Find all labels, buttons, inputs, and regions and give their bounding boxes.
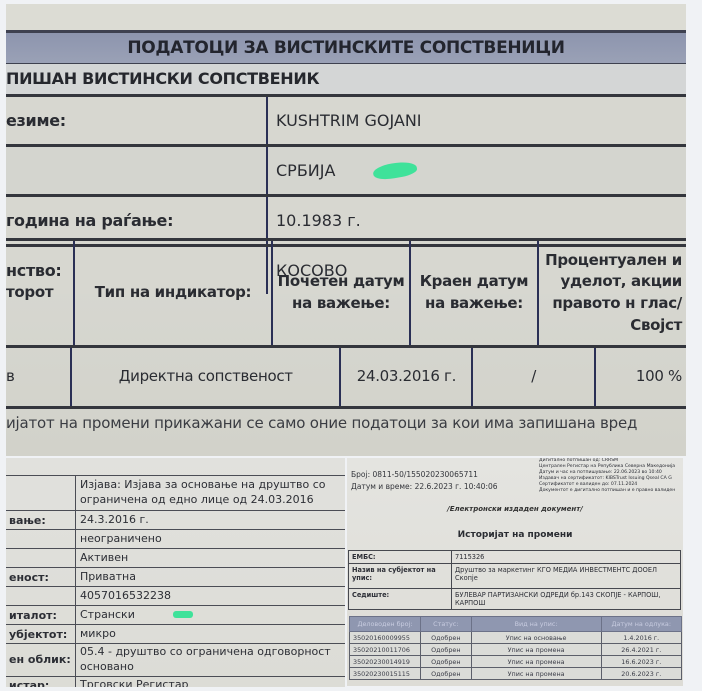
field-row: СРБИЈА [6,144,686,194]
beneficial-owner-document-photo: ПОДАТОЦИ ЗА ВИСТИНСКИТЕ СОПСТВЕНИЦИ ПИША… [6,4,686,456]
field-value: СРБИЈА [266,147,686,194]
row-label: убјектот: [6,625,76,644]
history-row: 35020230014919ОдобренУпис на промена16.6… [350,656,682,668]
header-cell: Почетен датум на важење: [273,241,411,345]
table-cell: Директна сопственост [72,348,341,406]
history-header-cell: Статус: [420,617,471,632]
subsection-title: ПИШАН ВИСТИНСКИ СОПСТВЕНИК [6,64,686,94]
row-label: еност: [6,568,76,587]
info-label: ЕМБС: [349,551,452,564]
info-label: Назив на субјектот на упис: [349,564,452,589]
table-row: в Директна сопственост 24.03.2016 г. / 1… [6,348,686,409]
signature-line: Документот е дигитално потпишан и е прав… [539,488,675,494]
redaction-mark [372,159,418,181]
row-label [6,549,76,568]
history-cell: Одобрен [420,668,471,680]
subject-info-table: ЕМБС:7115326Назив на субјектот на упис:Д… [348,550,681,610]
indicator-table-header: торот Тип на индикатор: Почетен датум на… [6,241,686,348]
history-header-cell: Вид на упис: [471,617,601,632]
header-cell: Тип на индикатор: [75,241,273,345]
row-value: Приватна [76,568,346,587]
change-history-document-photo: Број: 0811-50/155020230065711 Датум и вр… [347,458,683,686]
row-label: италот: [6,606,76,625]
table-row: 4057016532238 [6,587,345,606]
table-row: убјектот:микро [6,625,345,644]
row-value: микро [76,625,346,644]
history-cell: Одобрен [420,632,471,644]
history-cell: Упис на промена [471,668,601,680]
row-value: неограничено [76,530,346,549]
history-cell: 1.4.2016 г. [601,632,681,644]
row-value: Странски [76,606,346,625]
row-label [6,530,76,549]
history-cell: 35020210011706 [350,644,421,656]
row-value: Активен [76,549,346,568]
history-cell: 26.4.2021 г. [601,644,681,656]
row-label [6,476,76,511]
document-meta: Број: 0811-50/155020230065711 Датум и вр… [351,469,498,494]
history-cell: Одобрен [420,644,471,656]
field-label: езиме: [6,111,266,130]
electronic-document-note: /Електронски издаден документ/ [347,505,683,513]
info-row: Седиште:БУЛЕВАР ПАРТИЗАНСКИ ОДРЕДИ бр.14… [349,589,681,610]
row-value: 4057016532238 [76,587,346,606]
row-value: 05.4 - друштво со ограничена одговорност… [76,644,346,677]
field-label: година на раѓање: [6,211,266,230]
indicator-table: торот Тип на индикатор: Почетен датум на… [6,238,686,411]
section-title: ПОДАТОЦИ ЗА ВИСТИНСКИТЕ СОПСТВЕНИЦИ [6,30,686,66]
table-row: вање:24.3.2016 г. [6,511,345,530]
field-row: година на раѓање: 10.1983 г. [6,194,686,244]
change-history-table: Деловоден број:Статус:Вид на упис:Датум … [349,616,682,680]
table-row: еност:Приватна [6,568,345,587]
header-cell-text: Процентуален и уделот, акции правото н г… [542,250,682,337]
table-row: неограничено [6,530,345,549]
field-row: езиме: KUSHTRIM GOJANI [6,94,686,144]
info-row: ЕМБС:7115326 [349,551,681,564]
row-value-text: Странски [80,608,135,621]
history-header-cell: Деловоден број: [350,617,421,632]
document-datetime: 22.6.2023 г. 10:40:06 [415,482,498,491]
history-cell: 35020160009955 [350,632,421,644]
field-value: KUSHTRIM GOJANI [266,97,686,144]
header-cell: торот [6,241,75,345]
number-label: Број: [351,470,370,479]
history-cell: Одобрен [420,656,471,668]
history-row: 35020160009955ОдобренУпис на основање1.4… [350,632,682,644]
history-cell: Упис на промена [471,656,601,668]
info-row: Назив на субјектот на упис:Друштво за ма… [349,564,681,589]
company-details-document-photo: Изјава: Изјава за основање на друштво со… [6,458,345,687]
header-cell: Процентуален и уделот, акции правото н г… [539,241,686,345]
table-row: ен облик:05.4 - друштво со ограничена од… [6,644,345,677]
document-number: 0811-50/155020230065711 [373,470,478,479]
table-cell: 100 % [596,348,686,406]
table-cell: 24.03.2016 г. [341,348,473,406]
redaction-mark [173,611,193,618]
datetime-label: Датум и време: [351,482,412,491]
digital-signature-block: Дигитално потпишан од: CRRSMЦентрален Ре… [539,458,675,494]
row-value: Изјава: Изјава за основање на друштво со… [76,476,346,511]
field-value: 10.1983 г. [266,197,686,244]
history-header-cell: Датум на одлука: [601,617,681,632]
row-label [6,587,76,606]
history-cell: 20.6.2023 г. [601,668,681,680]
info-label: Седиште: [349,589,452,610]
table-row: Активен [6,549,345,568]
row-value: 24.3.2016 г. [76,511,346,530]
table-cell: / [473,348,595,406]
info-value: Друштво за маркетинг КГО МЕДИА ИНВЕСТМЕН… [452,564,681,589]
row-label: истар: [6,676,76,687]
history-cell: Упис на основање [471,632,601,644]
history-title: Историјат на промени [347,530,683,540]
history-row: 35020210011706ОдобренУпис на промена26.4… [350,644,682,656]
row-label: ен облик: [6,644,76,677]
row-value: Трговски Регистар [76,676,346,687]
info-value: БУЛЕВАР ПАРТИЗАНСКИ ОДРЕДИ бр.143 СКОПЈЕ… [452,589,681,610]
footer-note: ијатот на промени прикажани се само оние… [6,414,686,432]
history-cell: 35020230015115 [350,668,421,680]
table-cell: в [6,348,72,406]
field-value-text: СРБИЈА [276,161,335,180]
row-label: вање: [6,511,76,530]
table-row: италот:Странски [6,606,345,625]
history-cell: 35020230014919 [350,656,421,668]
history-row: 35020230015115ОдобренУпис на промена20.6… [350,668,682,680]
history-cell: 16.6.2023 г. [601,656,681,668]
table-row: истар:Трговски Регистар [6,676,345,687]
history-cell: Упис на промена [471,644,601,656]
table-row: Изјава: Изјава за основање на друштво со… [6,476,345,511]
header-cell: Краен датум на важење: [411,241,539,345]
company-details-table: Изјава: Изјава за основање на друштво со… [6,475,345,687]
info-value: 7115326 [452,551,681,564]
